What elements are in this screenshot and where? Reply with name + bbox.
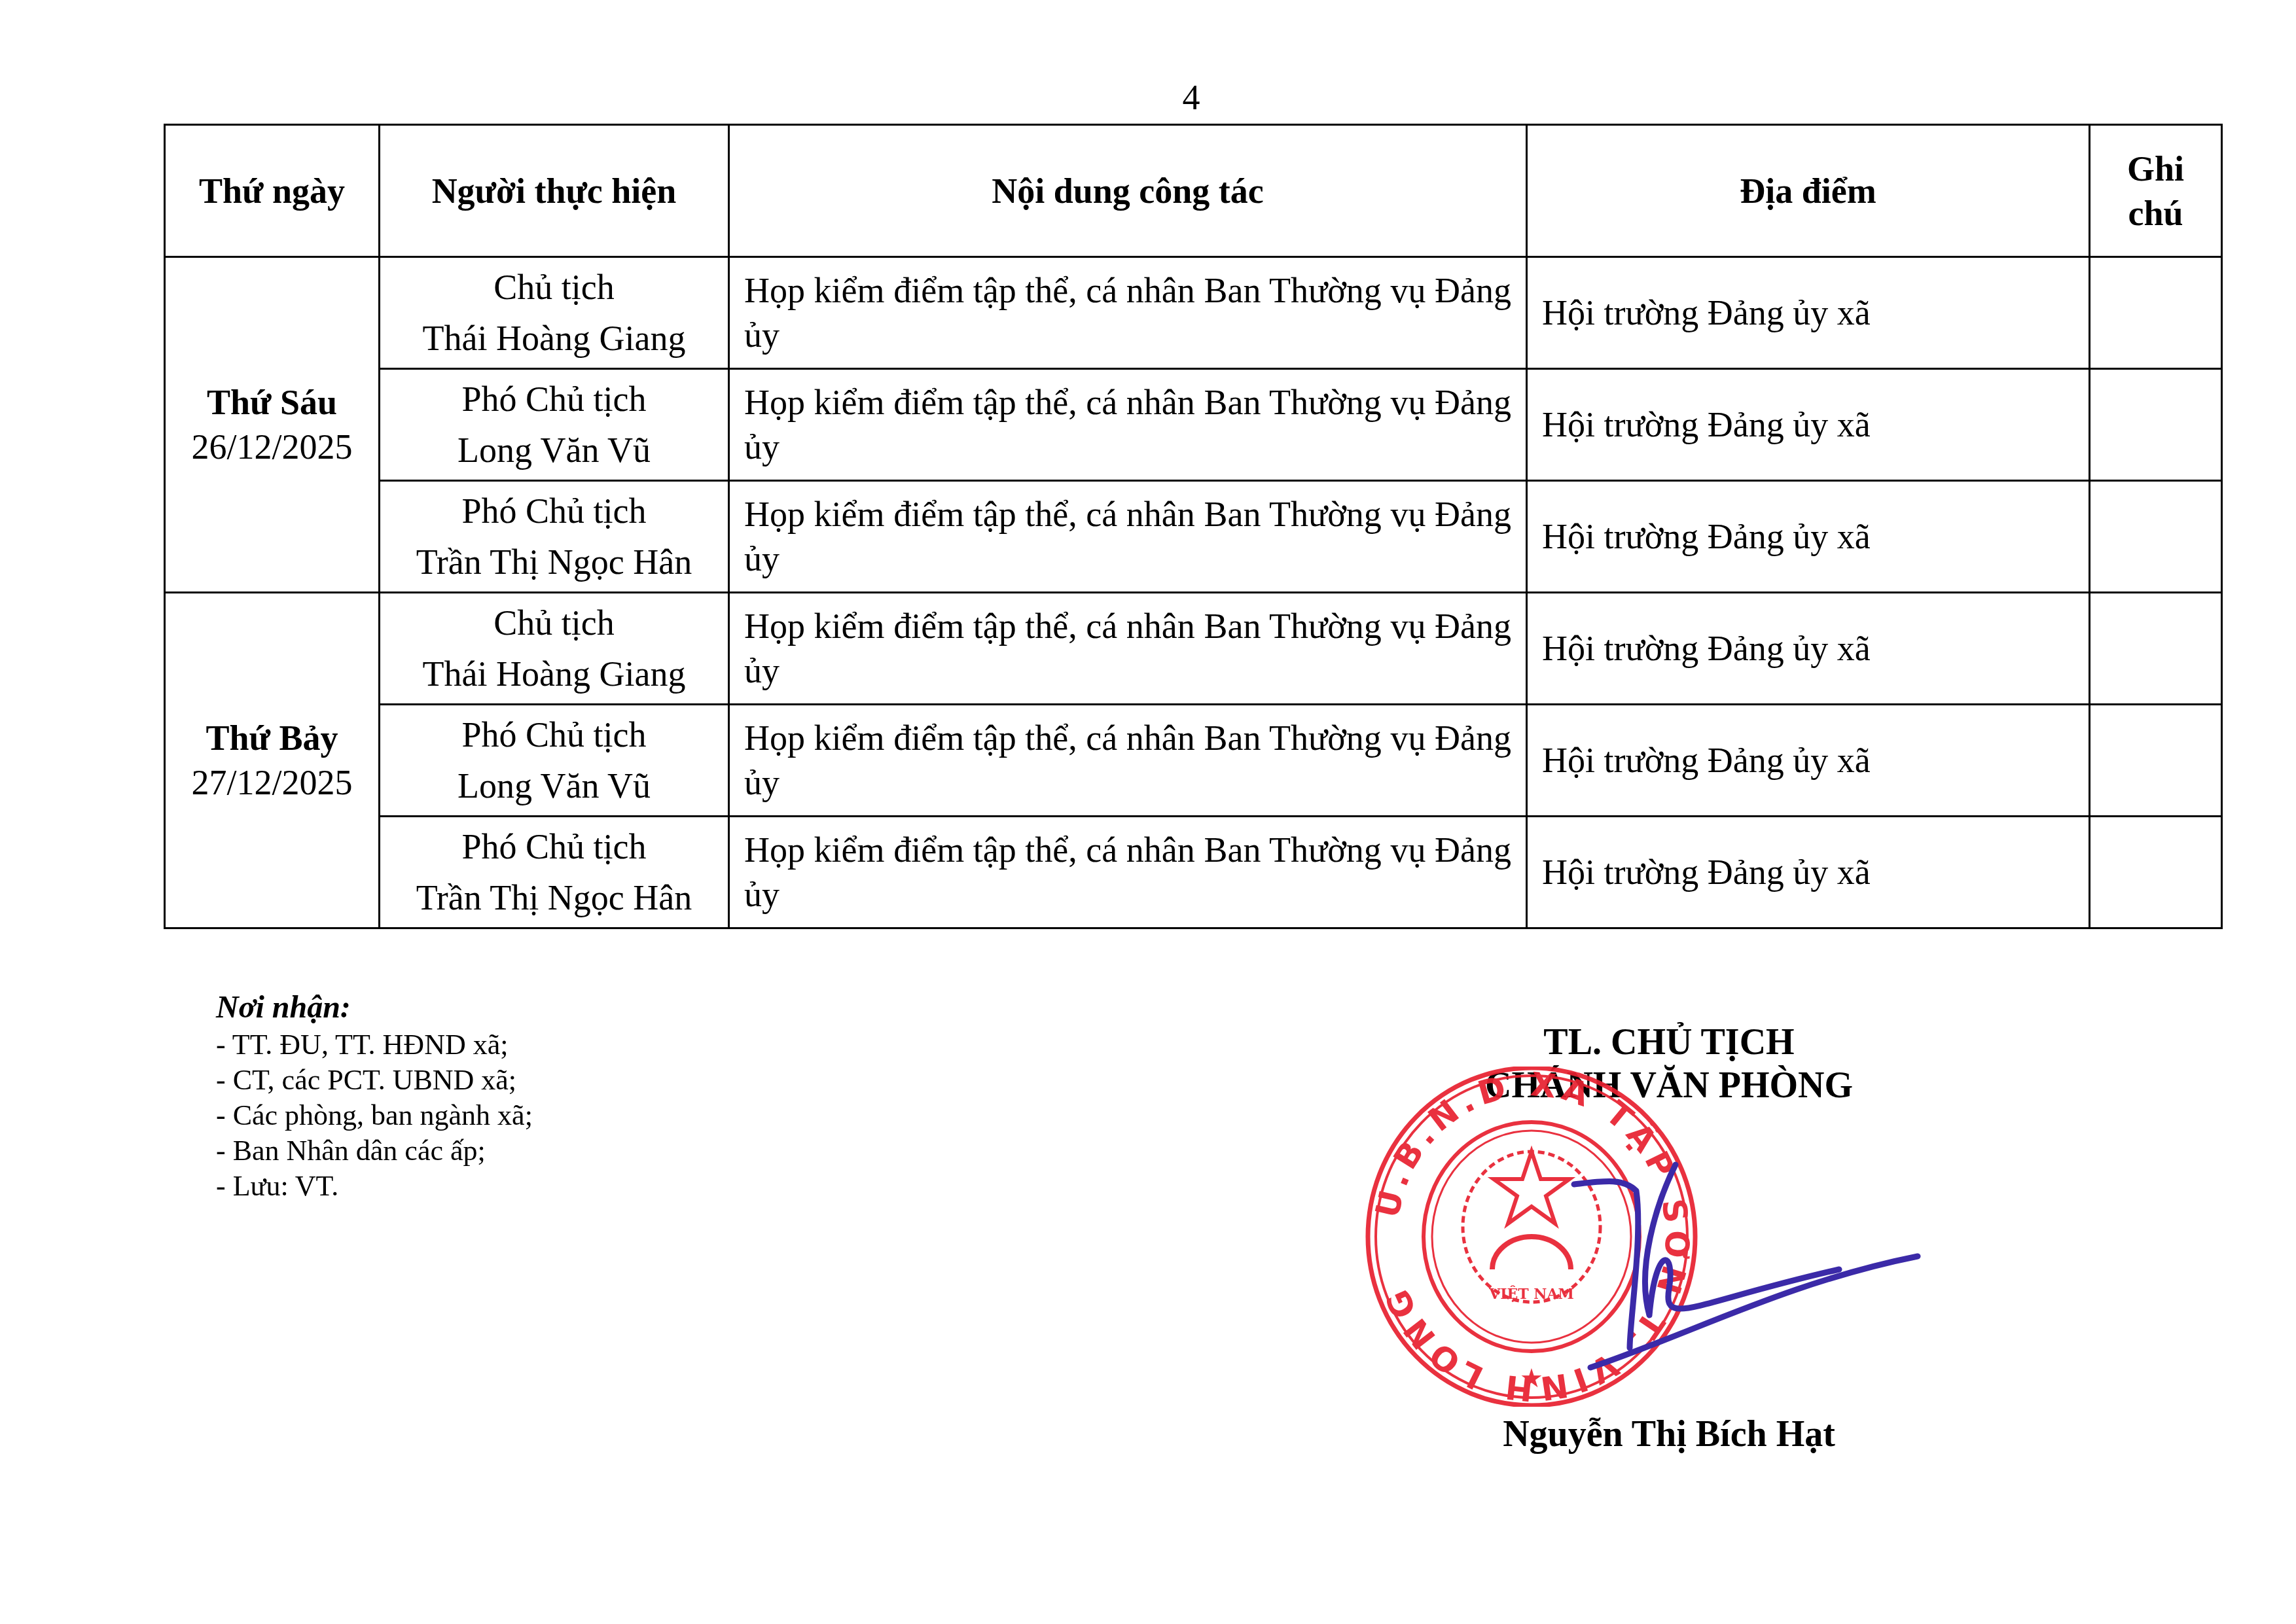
- note-cell: [2090, 593, 2222, 705]
- person-cell: Chủ tịchThái Hoàng Giang: [380, 257, 729, 369]
- table-row: Phó Chủ tịchLong Văn VũHọp kiểm điểm tập…: [165, 705, 2222, 817]
- person-cell: Phó Chủ tịchTrần Thị Ngọc Hân: [380, 481, 729, 593]
- recipient-item: - Các phòng, ban ngành xã;: [216, 1098, 533, 1133]
- recipients-block: Nơi nhận: - TT. ĐU, TT. HĐND xã; - CT, c…: [216, 988, 533, 1204]
- person-role: Chủ tịch: [395, 262, 713, 313]
- content-cell: Họp kiểm điểm tập thể, cá nhân Ban Thườn…: [729, 369, 1527, 481]
- person-name: Long Văn Vũ: [395, 425, 713, 476]
- person-cell: Phó Chủ tịchTrần Thị Ngọc Hân: [380, 817, 729, 928]
- recipients-title: Nơi nhận:: [216, 988, 533, 1027]
- table-row: Phó Chủ tịchLong Văn VũHọp kiểm điểm tập…: [165, 369, 2222, 481]
- place-cell: Hội trường Đảng ủy xã: [1527, 257, 2090, 369]
- work-schedule-table: Thứ ngày Người thực hiện Nội dung công t…: [164, 124, 2223, 929]
- header-person: Người thực hiện: [380, 125, 729, 257]
- place-cell: Hội trường Đảng ủy xã: [1527, 705, 2090, 817]
- content-cell: Họp kiểm điểm tập thể, cá nhân Ban Thườn…: [729, 817, 1527, 928]
- table-row: Phó Chủ tịchTrần Thị Ngọc HânHọp kiểm đi…: [165, 817, 2222, 928]
- day-name: Thứ Bảy: [180, 716, 364, 760]
- table-header-row: Thứ ngày Người thực hiện Nội dung công t…: [165, 125, 2222, 257]
- person-role: Phó Chủ tịch: [395, 374, 713, 425]
- content-cell: Họp kiểm điểm tập thể, cá nhân Ban Thườn…: [729, 705, 1527, 817]
- person-role: Chủ tịch: [395, 597, 713, 648]
- person-cell: Phó Chủ tịchLong Văn Vũ: [380, 705, 729, 817]
- person-role: Phó Chủ tịch: [395, 485, 713, 537]
- content-cell: Họp kiểm điểm tập thể, cá nhân Ban Thườn…: [729, 593, 1527, 705]
- page-number: 4: [0, 77, 2296, 118]
- day-cell: Thứ Sáu26/12/2025: [165, 257, 380, 593]
- day-cell: Thứ Bảy27/12/2025: [165, 593, 380, 928]
- person-cell: Phó Chủ tịchLong Văn Vũ: [380, 369, 729, 481]
- table-row: Phó Chủ tịchTrần Thị Ngọc HânHọp kiểm đi…: [165, 481, 2222, 593]
- recipient-item: - Ban Nhân dân các ấp;: [216, 1133, 533, 1169]
- recipient-item: - TT. ĐU, TT. HĐND xã;: [216, 1027, 533, 1063]
- note-cell: [2090, 257, 2222, 369]
- day-date: 27/12/2025: [180, 760, 364, 805]
- place-cell: Hội trường Đảng ủy xã: [1527, 481, 2090, 593]
- place-cell: Hội trường Đảng ủy xã: [1527, 593, 2090, 705]
- person-name: Thái Hoàng Giang: [395, 313, 713, 364]
- recipient-item: - CT, các PCT. UBND xã;: [216, 1063, 533, 1098]
- day-date: 26/12/2025: [180, 425, 364, 469]
- table-row: Thứ Bảy27/12/2025Chủ tịchThái Hoàng Gian…: [165, 593, 2222, 705]
- content-cell: Họp kiểm điểm tập thể, cá nhân Ban Thườn…: [729, 257, 1527, 369]
- signer-name: Nguyễn Thị Bích Hạt: [1374, 1413, 1964, 1455]
- signature-title-line1: TL. CHỦ TỊCH: [1374, 1021, 1964, 1064]
- person-name: Thái Hoàng Giang: [395, 648, 713, 699]
- person-cell: Chủ tịchThái Hoàng Giang: [380, 593, 729, 705]
- person-name: Long Văn Vũ: [395, 760, 713, 811]
- person-name: Trần Thị Ngọc Hân: [395, 537, 713, 588]
- place-cell: Hội trường Đảng ủy xã: [1527, 817, 2090, 928]
- place-cell: Hội trường Đảng ủy xã: [1527, 369, 2090, 481]
- day-name: Thứ Sáu: [180, 380, 364, 425]
- header-content: Nội dung công tác: [729, 125, 1527, 257]
- header-note: Ghi chú: [2090, 125, 2222, 257]
- content-cell: Họp kiểm điểm tập thể, cá nhân Ban Thườn…: [729, 481, 1527, 593]
- handwritten-signature-icon: [1525, 1152, 1931, 1400]
- note-cell: [2090, 481, 2222, 593]
- note-cell: [2090, 705, 2222, 817]
- header-place: Địa điểm: [1527, 125, 2090, 257]
- header-day: Thứ ngày: [165, 125, 380, 257]
- table-row: Thứ Sáu26/12/2025Chủ tịchThái Hoàng Gian…: [165, 257, 2222, 369]
- note-cell: [2090, 369, 2222, 481]
- note-cell: [2090, 817, 2222, 928]
- person-role: Phó Chủ tịch: [395, 709, 713, 760]
- person-role: Phó Chủ tịch: [395, 821, 713, 872]
- person-name: Trần Thị Ngọc Hân: [395, 872, 713, 923]
- recipient-item: - Lưu: VT.: [216, 1169, 533, 1204]
